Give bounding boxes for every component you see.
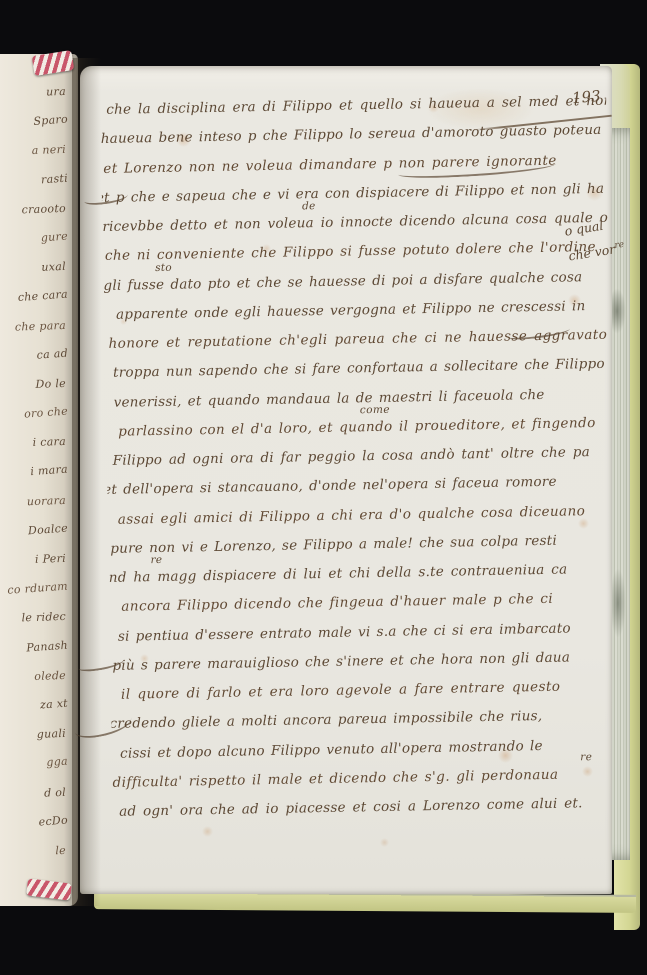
verso-line-fragment: za xt: [1, 689, 69, 723]
interlinear-insert: come: [360, 404, 390, 415]
margin-note-superscript: re: [614, 240, 625, 251]
verso-line-fragment: rasti: [1, 163, 69, 197]
verso-line-fragments: ura Sparo a neri rasti craooto gure uxal…: [0, 78, 66, 866]
verso-line-fragment: gure: [1, 222, 69, 256]
verso-line-fragment: oro che: [1, 397, 69, 431]
verso-line-fragment: le ridec: [0, 602, 66, 633]
verso-line-fragment: Doalce: [1, 513, 69, 547]
handwriting-line-text: parlassino con el d'a loro, et quando il…: [118, 415, 596, 440]
handwriting-line-text: ricevbbe detto et non voleua io innocte …: [102, 209, 619, 235]
interlinear-insert: de: [302, 201, 316, 211]
verso-line-fragment: Sparo: [1, 105, 69, 139]
interlinear-insert: re: [150, 555, 162, 565]
verso-line-fragment: ca ad: [1, 338, 69, 372]
cover-edge-bottom: [94, 891, 636, 913]
verso-line-fragment: le: [0, 836, 66, 867]
handwriting-line-text: difficulta' rispetto il male et dicendo …: [112, 766, 558, 790]
verso-line-fragment: uxal: [0, 252, 66, 283]
photo-background: ura Sparo a neri rasti craooto gure uxal…: [0, 0, 647, 975]
verso-line-fragment: che cara: [1, 280, 69, 314]
verso-line-fragment: uorara: [0, 485, 66, 516]
verso-line-fragment: a neri: [0, 135, 66, 166]
verso-line-fragment: Do le: [0, 369, 66, 400]
manuscript-page: 193 o qual che vorre che la disciplina e…: [80, 66, 612, 894]
verso-line-fragment: olede: [0, 661, 66, 692]
verso-line-fragment: i mara: [1, 455, 69, 489]
interlinear-insert: re: [580, 752, 592, 762]
verso-line-fragment: Panash: [1, 630, 69, 664]
handwriting-block: che la disciplina era di Filippo et quel…: [100, 87, 619, 827]
handwriting-line-text: gli fusse dato pto et che se hauesse di …: [103, 269, 582, 294]
verso-line-fragment: d ol: [0, 777, 66, 808]
verso-page-edge: ura Sparo a neri rasti craooto gure uxal…: [0, 54, 78, 906]
verso-line-fragment: guali: [0, 719, 66, 750]
verso-line-fragment: craooto: [0, 194, 66, 225]
handwriting-line-text: nd ha magg dispiacere di lui et chi dell…: [109, 562, 568, 586]
interlinear-insert: sto: [155, 262, 172, 272]
verso-line-fragment: che para: [0, 310, 66, 341]
verso-line-fragment: gga: [1, 747, 69, 781]
verso-line-fragment: co rduram: [1, 572, 69, 606]
verso-line-fragment: ecDo: [1, 805, 69, 839]
verso-line-fragment: i Peri: [0, 544, 66, 575]
verso-line-fragment: ura: [0, 77, 66, 108]
verso-line-fragment: i cara: [0, 427, 66, 458]
